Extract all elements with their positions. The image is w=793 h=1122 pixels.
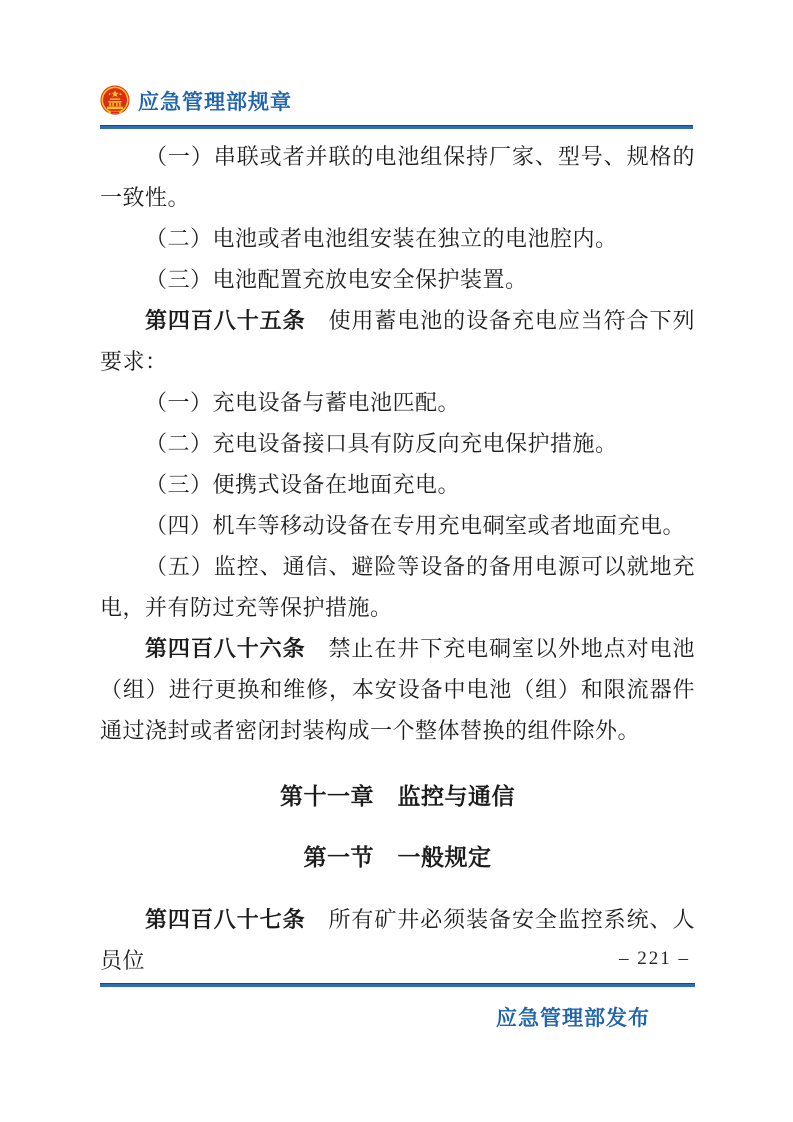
paragraph: （一）串联或者并联的电池组保持厂家、型号、规格的一致性。: [100, 136, 695, 218]
paragraph-text: （二）充电设备接口具有防反向充电保护措施。: [145, 431, 618, 456]
paragraph-text: （三）电池配置充放电安全保护装置。: [145, 267, 528, 292]
paragraph-text: （二）电池或者电池组安装在独立的电池腔内。: [145, 226, 618, 251]
paragraph: （五）监控、通信、避险等设备的备用电源可以就地充电，并有防过充等保护措施。: [100, 546, 695, 628]
national-emblem-icon: [100, 85, 130, 117]
paragraph-text: （三）便携式设备在地面充电。: [145, 472, 460, 497]
footer-rule: [100, 983, 695, 987]
article-number: 第四百八十七条: [145, 907, 306, 932]
paragraph: （三）便携式设备在地面充电。: [100, 464, 695, 505]
page-title: 应急管理部规章: [138, 86, 292, 116]
section-heading: 第一节 一般规定: [100, 837, 695, 878]
paragraph-text: （一）充电设备与蓄电池匹配。: [145, 390, 460, 415]
paragraph-text: （一）串联或者并联的电池组保持厂家、型号、规格的一致性。: [100, 144, 695, 210]
article-number: 第四百八十五条: [145, 308, 306, 333]
page-header: 应急管理部规章: [100, 84, 292, 118]
document-body: （一）串联或者并联的电池组保持厂家、型号、规格的一致性。 （二）电池或者电池组安…: [100, 136, 695, 981]
paragraph-article: 第四百八十六条 禁止在井下充电硐室以外地点对电池（组）进行更换和维修，本安设备中…: [100, 628, 695, 751]
header-rule: [100, 125, 693, 129]
article-number: 第四百八十六条: [145, 636, 306, 661]
paragraph: （一）充电设备与蓄电池匹配。: [100, 382, 695, 423]
document-page: 应急管理部规章 （一）串联或者并联的电池组保持厂家、型号、规格的一致性。 （二）…: [0, 0, 793, 1122]
publisher-label: 应急管理部发布: [496, 1002, 650, 1032]
paragraph: （二）充电设备接口具有防反向充电保护措施。: [100, 423, 695, 464]
paragraph-text: （四）机车等移动设备在专用充电硐室或者地面充电。: [145, 513, 685, 538]
paragraph: （二）电池或者电池组安装在独立的电池腔内。: [100, 218, 695, 259]
chapter-heading: 第十一章 监控与通信: [100, 776, 695, 817]
paragraph-article: 第四百八十五条 使用蓄电池的设备充电应当符合下列要求：: [100, 300, 695, 382]
paragraph: （四）机车等移动设备在专用充电硐室或者地面充电。: [100, 505, 695, 546]
paragraph: （三）电池配置充放电安全保护装置。: [100, 259, 695, 300]
page-number: – 221 –: [100, 948, 690, 970]
paragraph-text: （五）监控、通信、避险等设备的备用电源可以就地充电，并有防过充等保护措施。: [100, 554, 695, 620]
